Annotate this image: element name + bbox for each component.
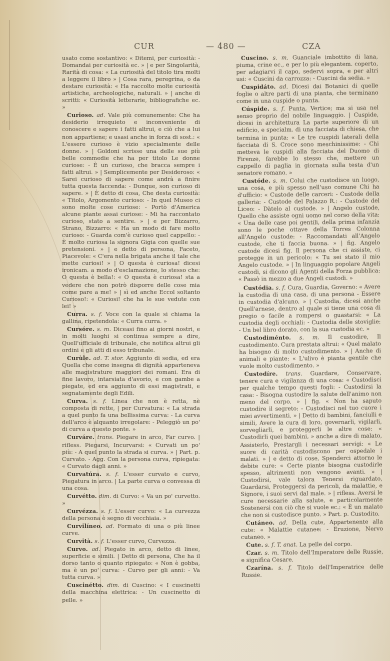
- dictionary-entry: Curra. s. f. Voce con la quale si chiama…: [62, 312, 200, 326]
- dictionary-entry: Curvétto. dim. di Curvo: « Va un po' cur…: [62, 494, 200, 508]
- dictionary-entry: Curváre. trans. Piegare in arco, Far cur…: [62, 435, 200, 470]
- definition: Cura, Guardia, Governo: « Avere la custo…: [238, 284, 380, 334]
- definition: Colui che custodisce un luogo, una cosa,…: [237, 177, 380, 283]
- dictionary-entry: Curvatúra. s. f. L'esser curvato e curvo…: [62, 472, 200, 493]
- grammar-label: s. m.: [299, 335, 319, 341]
- grammar-label: ad.: [279, 521, 288, 527]
- dictionary-entry: Custóde. s. m. Colui che custodisce un l…: [237, 177, 380, 284]
- grammar-label: s. f.: [276, 285, 286, 291]
- dictionary-entry: Cursóre. s. m. Diceasi fino ai giorni no…: [62, 327, 200, 355]
- headword: Cutáneo.: [246, 521, 275, 527]
- definition: Aggiunto di sedia, ed era Quella che com…: [62, 356, 200, 397]
- definition: Guardare, Conservare, tenere cura e vigi…: [239, 371, 382, 519]
- headword: Curva.: [67, 399, 88, 405]
- headword: Curvilíneo.: [67, 524, 102, 530]
- grammar-label: s. f.: [101, 509, 112, 515]
- grammar-label: s. f.: [93, 399, 107, 405]
- grammar-label: ad. T. stor.: [93, 356, 124, 362]
- headword: Cuspidáto.: [241, 85, 275, 91]
- headword: Custódia.: [243, 285, 274, 291]
- dictionary-entry: Curvilíneo. ad. Formato di una o più lin…: [62, 524, 200, 538]
- definition: La pelle del corpo.: [299, 542, 352, 549]
- headword: Cute.: [246, 543, 263, 549]
- dictionary-entry: Curva. s. f. Linea che non è retta, nè c…: [62, 399, 200, 434]
- dictionary-entry: Curioso. ad. Vale più comunemente: Che h…: [62, 113, 200, 310]
- right-column: Cuscino. s. m. Guanciale imbottito di la…: [236, 55, 383, 582]
- page-number: — 480 —: [206, 42, 246, 51]
- dictionary-entry: Curvo. ad. Piegato in arco, detto di lin…: [62, 547, 200, 582]
- grammar-label: trans.: [97, 435, 114, 441]
- headword: Curvatúra.: [67, 472, 102, 478]
- definition: Vale più comunemente: Che ha desiderio i…: [62, 113, 200, 309]
- headword: Cúspide.: [242, 107, 270, 113]
- dictionary-entry: Cute. s. f. T. anat. La pelle del corpo.: [241, 542, 383, 551]
- dictionary-entry: Cuscino. s. m. Guanciale imbottito di la…: [236, 55, 378, 85]
- grammar-label: trans.: [286, 371, 303, 377]
- grammar-label: ad.: [92, 547, 101, 553]
- dictionary-entry: Cuspidáto. ad. Dicesi dai Botanici di qu…: [236, 84, 378, 107]
- dictionary-entry: Curvézza. s. f. L'esser curvo: « La curv…: [62, 509, 200, 523]
- grammar-label: dim.: [99, 494, 111, 500]
- left-guide-word: CUR: [134, 42, 154, 51]
- dictionary-entry: Cuscinétto. dim. di Cuscino: « I cuscine…: [62, 583, 200, 604]
- headword: Custodiménto.: [244, 335, 291, 341]
- page-fold-mark: [9, 20, 10, 130]
- dictionary-entry: Custodíre. trans. Guardare, Conservare, …: [239, 371, 383, 520]
- headword: Curùle.: [67, 356, 91, 362]
- dictionary-entry: Custódia. s. f. Cura, Guardia, Governo: …: [238, 284, 381, 335]
- dictionary-entry: Czarína. s. f. Titolo dell'Imperatrice d…: [241, 565, 383, 581]
- grammar-label: s. m.: [273, 178, 287, 184]
- headword: Custodíre.: [244, 372, 278, 378]
- grammar-label: s. f.: [278, 566, 292, 572]
- headword: Cuscinétto.: [67, 583, 104, 589]
- grammar-label: s. m.: [97, 327, 111, 333]
- definition: Punta, Vertice; ma si usa nel senso prop…: [237, 106, 380, 177]
- headword: Curvézza.: [67, 509, 98, 515]
- headword: Custóde.: [242, 178, 270, 184]
- headword: Curra.: [67, 312, 88, 318]
- running-head: CUR — 480 — CZA: [60, 42, 360, 56]
- left-column: usato come sostantivo: « Ditemi, per cur…: [62, 56, 200, 606]
- grammar-label: s. f.: [106, 472, 119, 478]
- headword: Cursóre.: [67, 327, 95, 333]
- grammar-label: ad.: [279, 85, 288, 91]
- headword: Czarína.: [246, 566, 273, 572]
- grammar-label: s. f.: [273, 107, 285, 113]
- definition: L'esser curvo, Curvezza.: [106, 539, 176, 545]
- headword: Curvétto.: [67, 494, 97, 500]
- definition: Titolo dell'Imperatore delle Russie, e s…: [241, 550, 383, 565]
- headword: Czar.: [246, 551, 262, 557]
- headword: Curvo.: [67, 547, 88, 553]
- dictionary-entry: usato come sostantivo: « Ditemi, per cur…: [62, 56, 200, 112]
- scanned-dictionary-page: CUR — 480 — CZA usato come sostantivo: «…: [0, 0, 390, 661]
- right-guide-word: CZA: [302, 42, 321, 51]
- dictionary-entry: Czar. s. m. Titolo dell'Imperatore delle…: [241, 550, 383, 566]
- grammar-label: s. f.: [91, 312, 103, 318]
- headword: Curváre.: [67, 435, 95, 441]
- grammar-label: s. f. T. anat.: [265, 543, 298, 549]
- headword: Curvità.: [67, 539, 93, 545]
- dictionary-entry: Cúspide. s. f. Punta, Vertice; ma si usa…: [237, 106, 380, 178]
- headword: Cuscino.: [241, 56, 269, 62]
- grammar-label: ad.: [97, 113, 106, 119]
- dictionary-entry: Custodiménto. s. m. Il custodire, Il cus…: [239, 334, 381, 371]
- dictionary-entry: Cutáneo. ad. Della cute, Appartenente al…: [241, 520, 383, 543]
- grammar-label: ad.: [106, 524, 115, 530]
- grammar-label: s. m.: [273, 55, 289, 61]
- grammar-label: s. f.: [95, 539, 105, 545]
- dictionary-entry: Curùle. ad. T. stor. Aggiunto di sedia, …: [62, 356, 200, 398]
- grammar-label: dim.: [107, 583, 119, 589]
- dictionary-entry: Curvità. s. f. L'esser curvo, Curvezza.: [62, 539, 200, 546]
- grammar-label: s. m.: [265, 551, 279, 557]
- headword: Curioso.: [67, 113, 94, 119]
